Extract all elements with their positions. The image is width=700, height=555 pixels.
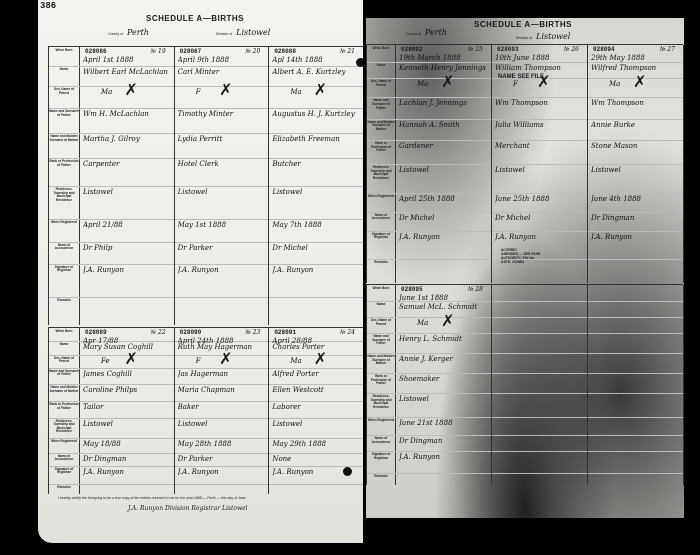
row-label: Sex, Name of Parent xyxy=(49,357,79,364)
register-entry: 028095№ 28June 1st 1888Samuel McL. Schmi… xyxy=(395,285,492,485)
bottom-entries-table: When BornNameSex, Name of ParentName and… xyxy=(48,327,363,494)
right-register-page: SCHEDULE A—BIRTHS County ofPerth Divisio… xyxy=(366,18,684,518)
field-residence: Listowel xyxy=(272,188,361,196)
field-profession: Stone Mason xyxy=(591,142,681,150)
field-mother: Annie J. Kerger xyxy=(399,355,489,363)
field-profession: Gardener xyxy=(399,142,489,150)
row-labels-column: When BornNameSex, Name of ParentName and… xyxy=(367,285,396,485)
cross-mark-icon: ✗ xyxy=(124,351,137,367)
field-father: Alfred Porter xyxy=(272,370,361,378)
cross-mark-icon: ✗ xyxy=(219,351,232,367)
field-profession: Merchant xyxy=(495,142,585,150)
registration-number: 028087 xyxy=(180,48,202,55)
entry-number: № 24 xyxy=(340,329,355,336)
field-name: Wilfred Thompson xyxy=(591,64,681,72)
field-mother: Elizabeth Freeman xyxy=(272,135,361,143)
field-registrar: J.A. Runyon xyxy=(495,233,585,241)
field-registered: April 25th 1888 xyxy=(399,195,489,203)
field-residence: Listowel xyxy=(83,188,172,196)
field-profession: Laborer xyxy=(272,403,361,411)
row-label: Signature of Registrar xyxy=(49,468,79,475)
row-label: Name and Surname of Father xyxy=(49,110,79,117)
row-label: Name xyxy=(367,303,395,307)
certification-text: I hereby certify the foregoing to be a t… xyxy=(58,496,348,500)
field-father: Timothy Minter xyxy=(178,110,267,118)
entry-number: № 27 xyxy=(660,46,675,53)
field-registered: May 29th 1888 xyxy=(272,440,361,448)
register-entry: 028089№ 22Apr 17/88Mary Susan CoghillFeJ… xyxy=(79,328,175,494)
field-registrar: J.A. Runyon xyxy=(178,468,267,476)
row-label: When Registered xyxy=(367,195,395,199)
cross-mark-icon: ✗ xyxy=(314,82,327,98)
registration-number: 028086 xyxy=(85,48,107,55)
field-profession: Carpenter xyxy=(83,160,172,168)
field-registrar: J.A. Runyon xyxy=(399,453,489,461)
county-line-right: County ofPerth xyxy=(406,28,447,37)
county-line: County ofPerth xyxy=(108,28,149,37)
row-label: When Registered xyxy=(49,221,79,225)
registration-number: 028094 xyxy=(593,46,615,53)
field-registered: May 7th 1888 xyxy=(272,221,361,229)
row-label: Name and Surname of Father xyxy=(367,99,395,110)
register-entry: 028088№ 21Apl 14th 1888Albert A. E. Kurt… xyxy=(268,47,363,325)
row-label: When Born xyxy=(367,47,395,51)
registration-number: 028095 xyxy=(401,286,423,293)
row-label: Name of Accoucheur xyxy=(367,437,395,444)
row-label: Rank or Profession of Father xyxy=(49,403,79,410)
row-label: When Registered xyxy=(49,440,79,444)
field-accoucheur: Dr Dingman xyxy=(591,214,681,222)
row-label: Remarks xyxy=(49,486,79,490)
field-name: Carl Minter xyxy=(178,68,267,76)
left-register-page: 386 SCHEDULE A—BIRTHS County ofPerth Div… xyxy=(38,0,363,543)
schedule-title-right: SCHEDULE A—BIRTHS xyxy=(474,20,572,29)
field-registrar: J.A. Runyon xyxy=(83,266,172,274)
field-registered: May 1st 1888 xyxy=(178,221,267,229)
row-label: Name and Maiden Surname of Mother xyxy=(49,135,79,142)
registration-number: 028088 xyxy=(274,48,296,55)
field-when-born: 10th June 1888 xyxy=(495,54,585,62)
field-accoucheur: Dr Parker xyxy=(178,455,267,463)
field-registrar: J.A. Runyon xyxy=(591,233,681,241)
field-registrar: J.A. Runyon xyxy=(272,266,361,274)
schedule-title: SCHEDULE A—BIRTHS xyxy=(146,14,244,23)
field-residence: Listowel xyxy=(399,166,489,174)
cross-mark-icon: ✗ xyxy=(633,74,646,90)
field-profession: Baker xyxy=(178,403,267,411)
county-value-right: Perth xyxy=(425,28,447,37)
field-mother: Maria Chapman xyxy=(178,386,267,394)
field-residence: Listowel xyxy=(178,188,267,196)
row-label: Residence, Township and Municipal Reside… xyxy=(49,188,79,202)
stamp-line: DATE: 2328/61 xyxy=(501,260,541,264)
field-profession: Shoemaker xyxy=(399,375,489,383)
certification-signature: J.A. Runyon Division Registrar Listowel xyxy=(128,505,248,512)
division-value: Listowel xyxy=(236,28,270,37)
field-when-born: 29th May 1888 xyxy=(591,54,681,62)
field-mother: Ellen Westcott xyxy=(272,386,361,394)
row-label: Rank or Profession of Father xyxy=(367,142,395,153)
field-registered: June 4th 1888 xyxy=(591,195,681,203)
field-when-born: Apl 14th 1888 xyxy=(272,56,361,64)
binding-hole xyxy=(356,58,363,67)
county-label-right: County of xyxy=(406,32,421,36)
field-mother: Martha J. Gilroy xyxy=(83,135,172,143)
entry-number: № 19 xyxy=(150,48,165,55)
cross-mark-icon: ✗ xyxy=(441,74,454,90)
row-label: Signature of Registrar xyxy=(367,453,395,460)
row-label: When Born xyxy=(49,49,79,53)
field-profession: Tailor xyxy=(83,403,172,411)
row-label: Remarks xyxy=(49,299,79,303)
cross-mark-icon: ✗ xyxy=(314,351,327,367)
field-accoucheur: Dr Dingman xyxy=(399,437,489,445)
row-label: Name and Maiden Surname of Mother xyxy=(367,121,395,132)
division-label: Division of xyxy=(216,32,232,36)
cross-mark-icon: ✗ xyxy=(124,82,137,98)
register-entry: 028086№ 19April 1st 1888Wilbert Earl McL… xyxy=(79,47,175,325)
registration-number: 028090 xyxy=(180,329,202,336)
division-value-right: Listowel xyxy=(536,32,570,41)
entry-number: № 21 xyxy=(340,48,355,55)
field-accoucheur: Dr Michel xyxy=(495,214,585,222)
row-label: Name of Accoucheur xyxy=(49,244,79,251)
registration-number: 028091 xyxy=(274,329,296,336)
field-accoucheur: Dr Parker xyxy=(178,244,267,252)
row-labels-column: When BornNameSex, Name of ParentName and… xyxy=(49,328,80,494)
entry-number: № 20 xyxy=(245,48,260,55)
row-label: When Born xyxy=(367,287,395,291)
field-registered: May 18/88 xyxy=(83,440,172,448)
field-mother: Hannah A. Smith xyxy=(399,121,489,129)
row-label: Sex, Name of Parent xyxy=(367,319,395,326)
division-label-right: Division of xyxy=(516,36,532,40)
field-when-born: June 1st 1888 xyxy=(399,294,489,302)
field-name: Wilbert Earl McLachlan xyxy=(83,68,172,76)
page-number: 386 xyxy=(40,1,56,11)
row-label: Sex, Name of Parent xyxy=(367,80,395,87)
row-label: When Born xyxy=(49,330,79,334)
entry-number: № 28 xyxy=(468,286,483,293)
field-when-born: 19th March 1888 xyxy=(399,54,489,62)
field-name: Samuel McL. Schmidt xyxy=(399,303,489,311)
field-registrar: J.A. Runyon xyxy=(83,468,172,476)
field-father: James Coghill xyxy=(83,370,172,378)
county-label: County of xyxy=(108,32,123,36)
field-accoucheur: Dr Dingman xyxy=(83,455,172,463)
name-see-file-stamp: NAME SEE FILE xyxy=(498,74,544,80)
row-label: When Registered xyxy=(367,419,395,423)
registration-number: 028093 xyxy=(497,46,519,53)
field-father: Wm Thompson xyxy=(495,99,585,107)
entry-number: № 23 xyxy=(245,329,260,336)
row-label: Residence, Township and Municipal Reside… xyxy=(49,420,79,434)
empty-entry xyxy=(491,285,588,485)
row-label: Name of Accoucheur xyxy=(49,455,79,462)
field-accoucheur: Dr Michel xyxy=(272,244,361,252)
field-residence: Listowel xyxy=(591,166,681,174)
field-father: Jas Hagerman xyxy=(178,370,267,378)
entry-number: № 26 xyxy=(564,46,579,53)
row-label: Name and Surname of Father xyxy=(49,370,79,377)
field-profession: Hotel Clerk xyxy=(178,160,267,168)
row-label: Residence, Township and Municipal Reside… xyxy=(367,395,395,409)
field-father: Lachlan J. Jennings xyxy=(399,99,489,107)
field-registered: June 21st 1888 xyxy=(399,419,489,427)
entry-number: № 25 xyxy=(468,46,483,53)
registration-number: 028092 xyxy=(401,46,423,53)
entry-number: № 22 xyxy=(150,329,165,336)
row-label: Remarks xyxy=(367,261,395,265)
field-registered: April 21/88 xyxy=(83,221,172,229)
row-label: Signature of Registrar xyxy=(49,266,79,273)
row-label: Remarks xyxy=(367,475,395,479)
field-father: Augustus H. J. Kurtzley xyxy=(272,110,361,118)
field-residence: Listowel xyxy=(178,420,267,428)
field-registered: June 25th 1888 xyxy=(495,195,585,203)
row-label: Name and Surname of Father xyxy=(367,335,395,346)
row-label: Name xyxy=(49,68,79,72)
field-profession: Butcher xyxy=(272,160,361,168)
bottom-entries-table-right: When BornNameSex, Name of ParentName and… xyxy=(366,284,683,485)
field-residence: Listowel xyxy=(495,166,585,174)
field-father: Wm H. McLachlan xyxy=(83,110,172,118)
field-residence: Listowel xyxy=(399,395,489,403)
field-registrar: J.A. Runyon xyxy=(178,266,267,274)
row-label: Rank or Profession of Father xyxy=(367,375,395,386)
field-mother: Lydia Perritt xyxy=(178,135,267,143)
row-label: Name of Accoucheur xyxy=(367,214,395,221)
top-entries-table: When BornNameSex, Name of ParentName and… xyxy=(48,46,363,325)
field-when-born: April 1st 1888 xyxy=(83,56,172,64)
field-accoucheur: Dr Philp xyxy=(83,244,172,252)
correction-stamp: ALTEREDAMENDED — SEE PAGEAUTHORITY: File… xyxy=(501,248,541,264)
division-line: Division ofListowel xyxy=(216,28,270,37)
row-label: Signature of Registrar xyxy=(367,233,395,240)
cross-mark-icon: ✗ xyxy=(441,313,454,329)
division-line-right: Division ofListowel xyxy=(516,32,570,41)
row-label: Name xyxy=(49,343,79,347)
field-residence: Listowel xyxy=(272,420,361,428)
field-name: William Thompson xyxy=(495,64,585,72)
field-name: Albert A. E. Kurtzley xyxy=(272,68,361,76)
binding-hole xyxy=(343,467,352,476)
county-value: Perth xyxy=(127,28,149,37)
register-entry: 028087№ 20April 9th 1888Carl MinterFTimo… xyxy=(174,47,270,325)
field-father: Henry L. Schmidt xyxy=(399,335,489,343)
row-label: Name and Maiden Surname of Mother xyxy=(49,386,79,393)
register-entry: 028092№ 2519th March 1888Kenneth Henry J… xyxy=(395,45,492,283)
field-father: Wm Thompson xyxy=(591,99,681,107)
field-name: Kenneth Henry Jennings xyxy=(399,64,489,72)
field-residence: Listowel xyxy=(83,420,172,428)
field-accoucheur: None xyxy=(272,455,361,463)
empty-entry xyxy=(587,285,684,485)
field-mother: Annie Burke xyxy=(591,121,681,129)
registration-number: 028089 xyxy=(85,329,107,336)
field-mother: Julia Williams xyxy=(495,121,585,129)
row-label: Name xyxy=(367,64,395,68)
row-label: Sex, Name of Parent xyxy=(49,88,79,95)
cross-mark-icon: ✗ xyxy=(219,82,232,98)
field-accoucheur: Dr Michel xyxy=(399,214,489,222)
field-when-born: April 9th 1888 xyxy=(178,56,267,64)
field-registrar: J.A. Runyon xyxy=(399,233,489,241)
register-entry: 028094№ 2729th May 1888Wilfred ThompsonM… xyxy=(587,45,684,283)
field-mother: Caroline Philps xyxy=(83,386,172,394)
register-entry: 028090№ 23April 24th 1888Ruth May Hagerm… xyxy=(174,328,270,494)
row-label: Residence, Township and Municipal Reside… xyxy=(367,166,395,180)
field-registered: May 28th 1888 xyxy=(178,440,267,448)
row-label: Name and Maiden Surname of Mother xyxy=(367,355,395,366)
row-label: Rank or Profession of Father xyxy=(49,160,79,167)
